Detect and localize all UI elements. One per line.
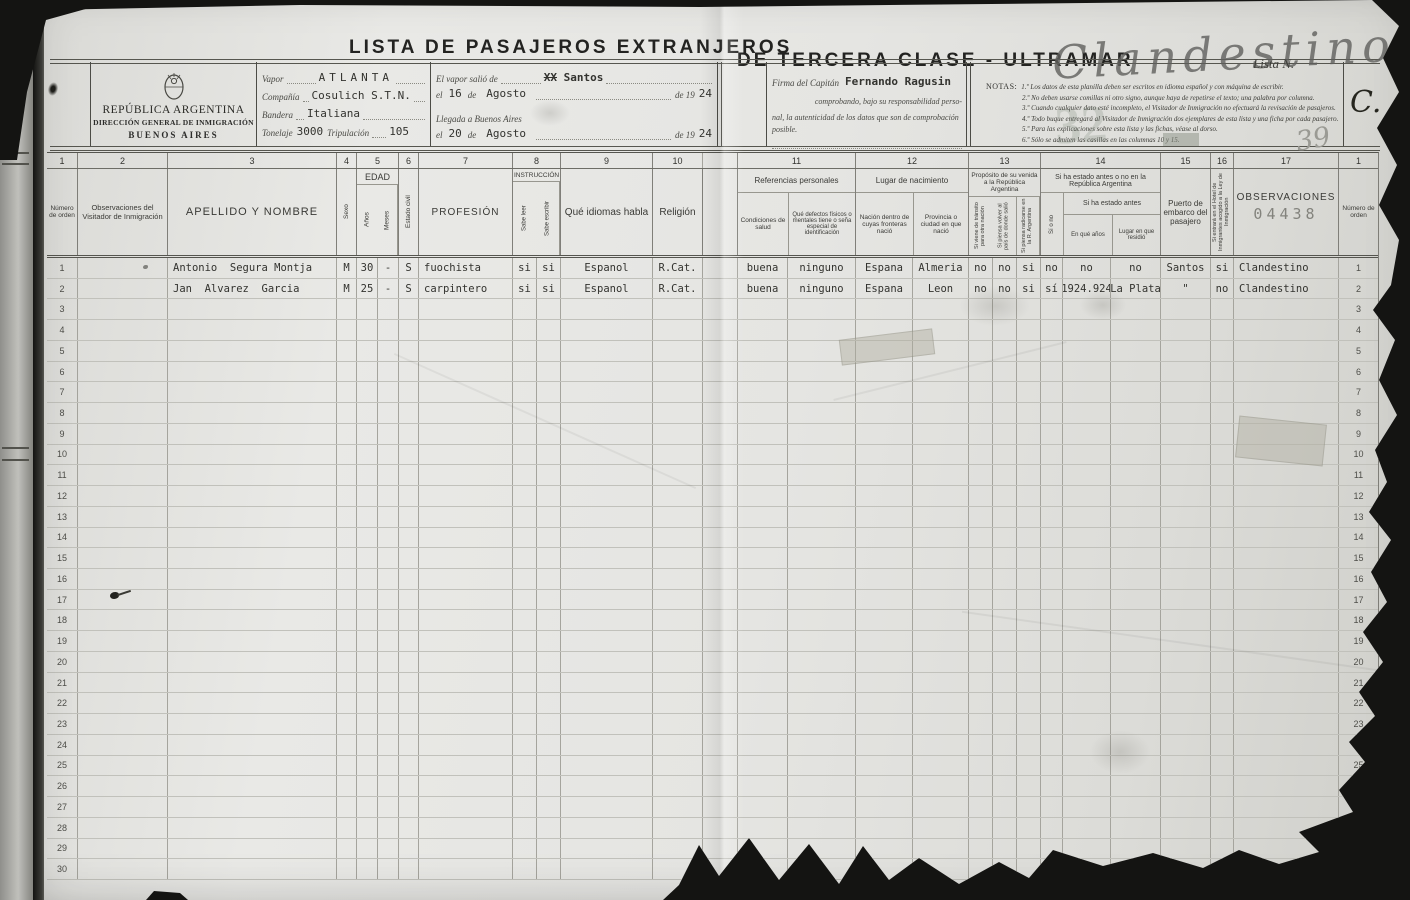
cell-salud xyxy=(737,320,787,340)
llegada-day: 20 xyxy=(449,127,462,140)
cell-anos xyxy=(356,693,377,713)
cell-estado xyxy=(398,403,418,423)
cell-anos_estuvo xyxy=(1062,839,1110,859)
cell-idiomas: Espanol xyxy=(560,279,652,299)
row-number: 14 xyxy=(47,528,77,548)
cell-sexo xyxy=(336,507,356,527)
header-estado-civil: Estado civil xyxy=(399,169,418,255)
cell-idiomas xyxy=(560,735,652,755)
cell-observ xyxy=(1233,735,1338,755)
cell-profesion: fuochista xyxy=(418,258,512,278)
cell-salud xyxy=(737,445,787,465)
cell-p3: si xyxy=(1016,258,1040,278)
cell-anos_estuvo xyxy=(1062,507,1110,527)
cell-religion xyxy=(652,320,702,340)
cell-estado xyxy=(398,797,418,817)
cell-nacion xyxy=(855,528,912,548)
cell-puerto: Santos xyxy=(1160,258,1210,278)
cell-estado xyxy=(398,465,418,485)
cell-anos_estuvo xyxy=(1062,818,1110,838)
row-number: 6 xyxy=(1338,362,1378,382)
row-number: 9 xyxy=(1338,424,1378,444)
cell-observ xyxy=(1233,548,1338,568)
cell-anos xyxy=(356,320,377,340)
cell-puerto xyxy=(1160,735,1210,755)
cell-salud xyxy=(737,714,787,734)
cell-p2 xyxy=(992,797,1016,817)
cell-leer xyxy=(512,528,536,548)
cell-p1 xyxy=(968,424,992,444)
center-fold-crease xyxy=(700,0,744,900)
cell-p1 xyxy=(968,569,992,589)
cell-salud xyxy=(737,465,787,485)
cell-nacion xyxy=(855,507,912,527)
col-num: 3 xyxy=(167,153,336,168)
cell-anos xyxy=(356,673,377,693)
cell-salud xyxy=(737,382,787,402)
row-number: 14 xyxy=(1338,528,1378,548)
cell-meses xyxy=(377,776,398,796)
cell-name xyxy=(167,590,336,610)
cell-name xyxy=(167,693,336,713)
cell-obs xyxy=(77,445,167,465)
cell-lugar xyxy=(1110,693,1160,713)
col-num: 9 xyxy=(560,153,652,168)
vapor-value: ATLANTA xyxy=(319,71,393,84)
cell-defectos xyxy=(787,486,855,506)
cell-puerto xyxy=(1160,673,1210,693)
cell-lugar xyxy=(1110,590,1160,610)
header-observaciones: OBSERVACIONES xyxy=(1234,191,1338,204)
cell-nacion xyxy=(855,735,912,755)
cell-sino xyxy=(1040,299,1062,319)
cell-p3 xyxy=(1016,756,1040,776)
cell-defectos xyxy=(787,569,855,589)
cell-p2 xyxy=(992,569,1016,589)
cell-profesion xyxy=(418,859,512,879)
cell-anos xyxy=(356,362,377,382)
cell-p2 xyxy=(992,714,1016,734)
header-proposito: Propósito de su venida a la República Ar… xyxy=(969,169,1040,197)
cell-name xyxy=(167,362,336,382)
cell-anos xyxy=(356,382,377,402)
cell-defectos xyxy=(787,714,855,734)
tonelaje-label: Tonelaje xyxy=(262,128,293,138)
col-num: 4 xyxy=(336,153,356,168)
cell-religion xyxy=(652,548,702,568)
cell-observ: Clandestino xyxy=(1233,258,1338,278)
cell-name xyxy=(167,465,336,485)
cell-defectos xyxy=(787,445,855,465)
cell-meses xyxy=(377,693,398,713)
cell-observ xyxy=(1233,859,1338,879)
captain-block: Firma del Capitán Fernando Ragusin compr… xyxy=(772,74,962,149)
cell-idiomas xyxy=(560,756,652,776)
cell-leer xyxy=(512,424,536,444)
row-number: 23 xyxy=(1338,714,1378,734)
cell-meses xyxy=(377,341,398,361)
cell-salud xyxy=(737,569,787,589)
cell-p3 xyxy=(1016,362,1040,382)
cell-salud xyxy=(737,756,787,776)
tape-repair xyxy=(1235,416,1327,467)
captain-statement-1: comprobando, bajo su responsabilidad per… xyxy=(772,96,962,108)
header-divider xyxy=(430,62,431,146)
cell-anos xyxy=(356,299,377,319)
cell-p2 xyxy=(992,590,1016,610)
cell-estado xyxy=(398,859,418,879)
row-number: 30 xyxy=(47,859,77,879)
cell-defectos xyxy=(787,693,855,713)
cell-anos xyxy=(356,445,377,465)
header-ha-estado: Si ha estado antes xyxy=(1064,193,1160,215)
cell-meses xyxy=(377,528,398,548)
cell-p3 xyxy=(1016,714,1040,734)
cell-defectos xyxy=(787,299,855,319)
cell-provincia xyxy=(912,382,968,402)
cell-estado xyxy=(398,714,418,734)
row-number: 7 xyxy=(47,382,77,402)
cell-lugar xyxy=(1110,382,1160,402)
cell-p1 xyxy=(968,382,992,402)
cell-estado xyxy=(398,735,418,755)
compania-label: Compañía xyxy=(262,92,300,102)
cell-idiomas xyxy=(560,610,652,630)
cell-religion xyxy=(652,652,702,672)
cell-meses xyxy=(377,382,398,402)
cell-name: Jan Alvarez Garcia xyxy=(167,279,336,299)
row-number: 21 xyxy=(1338,673,1378,693)
row-number: 24 xyxy=(1338,735,1378,755)
row-number: 10 xyxy=(47,445,77,465)
cell-profesion xyxy=(418,486,512,506)
cell-idiomas xyxy=(560,341,652,361)
col-num: 7 xyxy=(418,153,512,168)
cell-escribir xyxy=(536,590,560,610)
cell-defectos xyxy=(787,776,855,796)
cell-anos xyxy=(356,797,377,817)
cell-name xyxy=(167,610,336,630)
cell-escribir xyxy=(536,320,560,340)
firma-label: Firma del Capitán xyxy=(772,78,839,88)
cell-meses xyxy=(377,486,398,506)
cell-hotel xyxy=(1210,465,1233,485)
header-idiomas: Qué idiomas habla xyxy=(561,169,652,255)
cell-anos_estuvo xyxy=(1062,548,1110,568)
cell-sino xyxy=(1040,610,1062,630)
cell-estado xyxy=(398,507,418,527)
cell-p1 xyxy=(968,859,992,879)
salio-port: Santos xyxy=(564,71,604,84)
cell-leer xyxy=(512,839,536,859)
cell-hotel xyxy=(1210,652,1233,672)
cell-religion xyxy=(652,756,702,776)
cell-idiomas xyxy=(560,714,652,734)
cell-sino xyxy=(1040,569,1062,589)
header-divider xyxy=(766,62,767,146)
cell-anos_estuvo xyxy=(1062,445,1110,465)
cell-p1 xyxy=(968,735,992,755)
row-number: 10 xyxy=(1338,445,1378,465)
cell-religion xyxy=(652,735,702,755)
cell-leer xyxy=(512,797,536,817)
cell-estado xyxy=(398,445,418,465)
cell-name: Antonio Segura Montja xyxy=(167,258,336,278)
cell-profesion xyxy=(418,673,512,693)
cell-estado: S xyxy=(398,258,418,278)
cell-defectos xyxy=(787,590,855,610)
cell-puerto xyxy=(1160,382,1210,402)
row-number: 8 xyxy=(47,403,77,423)
cell-sino xyxy=(1040,486,1062,506)
cell-observ xyxy=(1233,797,1338,817)
cell-p3 xyxy=(1016,735,1040,755)
cell-obs xyxy=(77,362,167,382)
de-label: de xyxy=(468,90,477,100)
cell-provincia xyxy=(912,776,968,796)
cell-lugar xyxy=(1110,341,1160,361)
cell-obs xyxy=(77,714,167,734)
cell-religion xyxy=(652,362,702,382)
cell-obs xyxy=(77,403,167,423)
cell-leer xyxy=(512,548,536,568)
cell-provincia xyxy=(912,445,968,465)
cell-escribir xyxy=(536,362,560,382)
header-referencias: Referencias personales xyxy=(738,169,855,193)
col-num: 1 xyxy=(47,153,77,168)
cell-anos xyxy=(356,818,377,838)
cell-sexo xyxy=(336,756,356,776)
cell-sexo xyxy=(336,631,356,651)
cell-salud xyxy=(737,299,787,319)
cell-p1 xyxy=(968,839,992,859)
cell-hotel xyxy=(1210,735,1233,755)
cell-p3 xyxy=(1016,528,1040,548)
cell-name xyxy=(167,403,336,423)
cell-obs xyxy=(77,859,167,879)
cell-p3 xyxy=(1016,486,1040,506)
nota-3: 3.º Cuando cualquier dato esté incomplet… xyxy=(986,103,1340,114)
cell-profesion xyxy=(418,714,512,734)
cell-puerto xyxy=(1160,445,1210,465)
cell-p1 xyxy=(968,673,992,693)
agency-city: BUENOS AIRES xyxy=(128,130,218,140)
cell-observ xyxy=(1233,569,1338,589)
cell-defectos xyxy=(787,382,855,402)
row-number: 3 xyxy=(47,299,77,319)
cell-leer xyxy=(512,714,536,734)
cell-nacion xyxy=(855,590,912,610)
cell-leer xyxy=(512,631,536,651)
cell-defectos: ninguno xyxy=(787,279,855,299)
cell-defectos xyxy=(787,320,855,340)
cell-obs xyxy=(77,610,167,630)
cell-nacion xyxy=(855,797,912,817)
row-number: 12 xyxy=(1338,486,1378,506)
cell-p3 xyxy=(1016,569,1040,589)
cell-observ xyxy=(1233,714,1338,734)
col-num: 13 xyxy=(968,153,1040,168)
cell-puerto xyxy=(1160,590,1210,610)
cell-puerto xyxy=(1160,610,1210,630)
cell-profesion xyxy=(418,465,512,485)
cell-escribir xyxy=(536,507,560,527)
cell-meses xyxy=(377,673,398,693)
cell-anos_estuvo xyxy=(1062,673,1110,693)
cell-idiomas: Espanol xyxy=(560,258,652,278)
cell-anos xyxy=(356,424,377,444)
faint-number-stamp: 32 xyxy=(1053,94,1109,156)
cell-anos xyxy=(356,776,377,796)
stain xyxy=(960,286,1030,326)
cell-sino xyxy=(1040,693,1062,713)
cell-puerto xyxy=(1160,299,1210,319)
cell-estado xyxy=(398,424,418,444)
cell-salud xyxy=(737,693,787,713)
cell-leer xyxy=(512,859,536,879)
cell-name xyxy=(167,735,336,755)
cell-defectos xyxy=(787,839,855,859)
cell-observ xyxy=(1233,631,1338,651)
cell-lugar xyxy=(1110,507,1160,527)
row-number: 13 xyxy=(47,507,77,527)
cell-name xyxy=(167,445,336,465)
cell-meses: - xyxy=(377,258,398,278)
cell-p3 xyxy=(1016,652,1040,672)
cell-meses xyxy=(377,818,398,838)
cell-profesion xyxy=(418,445,512,465)
cell-estado xyxy=(398,548,418,568)
cell-name xyxy=(167,714,336,734)
cell-sino xyxy=(1040,590,1062,610)
cell-lugar xyxy=(1110,776,1160,796)
coat-of-arms-icon xyxy=(161,71,187,101)
cell-anos_estuvo xyxy=(1062,528,1110,548)
cell-nacion xyxy=(855,776,912,796)
col-num: 1 xyxy=(1338,153,1378,168)
cell-p3 xyxy=(1016,382,1040,402)
col-num: 15 xyxy=(1160,153,1210,168)
cell-religion xyxy=(652,693,702,713)
cell-salud xyxy=(737,486,787,506)
de19-label: de 19 xyxy=(675,90,695,100)
cell-name xyxy=(167,839,336,859)
cell-p2 xyxy=(992,776,1016,796)
cell-sino xyxy=(1040,776,1062,796)
cell-meses: - xyxy=(377,279,398,299)
col-num: 6 xyxy=(398,153,418,168)
cell-profesion xyxy=(418,299,512,319)
cell-p1 xyxy=(968,797,992,817)
row-number: 4 xyxy=(47,320,77,340)
cell-salud xyxy=(737,403,787,423)
cell-observ xyxy=(1233,486,1338,506)
cell-p2 xyxy=(992,610,1016,630)
cell-anos xyxy=(356,341,377,361)
cell-puerto xyxy=(1160,714,1210,734)
cell-religion xyxy=(652,714,702,734)
row-number: 21 xyxy=(47,673,77,693)
cell-anos xyxy=(356,631,377,651)
cell-lugar xyxy=(1110,610,1160,630)
cell-defectos xyxy=(787,735,855,755)
cell-observ xyxy=(1233,756,1338,776)
cell-obs xyxy=(77,548,167,568)
cell-anos_estuvo xyxy=(1062,569,1110,589)
cell-name xyxy=(167,776,336,796)
cell-anos_estuvo xyxy=(1062,465,1110,485)
cell-leer xyxy=(512,735,536,755)
cell-p2 xyxy=(992,631,1016,651)
cell-provincia xyxy=(912,548,968,568)
cell-obs xyxy=(77,776,167,796)
cell-idiomas xyxy=(560,465,652,485)
row-number: 2 xyxy=(47,279,77,299)
cell-escribir xyxy=(536,486,560,506)
row-number: 9 xyxy=(47,424,77,444)
cell-observ xyxy=(1233,382,1338,402)
cell-obs xyxy=(77,279,167,299)
cell-p1 xyxy=(968,652,992,672)
cell-anos xyxy=(356,610,377,630)
cell-puerto xyxy=(1160,859,1210,879)
cell-observ xyxy=(1233,776,1338,796)
header-divider xyxy=(1343,62,1344,146)
row-number: 24 xyxy=(47,735,77,755)
cell-profesion xyxy=(418,424,512,444)
tripulacion-label: Tripulación xyxy=(327,128,369,138)
cell-religion xyxy=(652,839,702,859)
cell-obs xyxy=(77,569,167,589)
cell-observ: Clandestino xyxy=(1233,279,1338,299)
cell-observ xyxy=(1233,693,1338,713)
cell-hotel xyxy=(1210,528,1233,548)
header-num-right: Número de orden xyxy=(1339,169,1378,255)
el-label-2: el xyxy=(436,130,443,140)
cell-sexo xyxy=(336,424,356,444)
cell-p2 xyxy=(992,528,1016,548)
cell-meses xyxy=(377,859,398,879)
row-number: 5 xyxy=(47,341,77,361)
row-number: 4 xyxy=(1338,320,1378,340)
cell-defectos xyxy=(787,528,855,548)
col-num: 8 xyxy=(512,153,560,168)
cell-name xyxy=(167,528,336,548)
cell-defectos xyxy=(787,631,855,651)
cell-religion xyxy=(652,382,702,402)
el-label: el xyxy=(436,90,443,100)
cell-p2 xyxy=(992,486,1016,506)
cell-idiomas xyxy=(560,320,652,340)
cell-religion xyxy=(652,528,702,548)
cell-sino xyxy=(1040,445,1062,465)
cell-religion xyxy=(652,610,702,630)
cell-nacion xyxy=(855,839,912,859)
cell-obs xyxy=(77,756,167,776)
cell-anos_estuvo xyxy=(1062,320,1110,340)
cell-anos xyxy=(356,528,377,548)
row-number: 26 xyxy=(47,776,77,796)
salio-label: El vapor salió de xyxy=(436,74,498,84)
cell-lugar xyxy=(1110,839,1160,859)
cell-anos xyxy=(356,569,377,589)
cell-lugar xyxy=(1110,548,1160,568)
cell-obs xyxy=(77,735,167,755)
cell-p3 xyxy=(1016,445,1040,465)
cell-anos xyxy=(356,486,377,506)
cell-lugar xyxy=(1110,818,1160,838)
cell-p1 xyxy=(968,465,992,485)
